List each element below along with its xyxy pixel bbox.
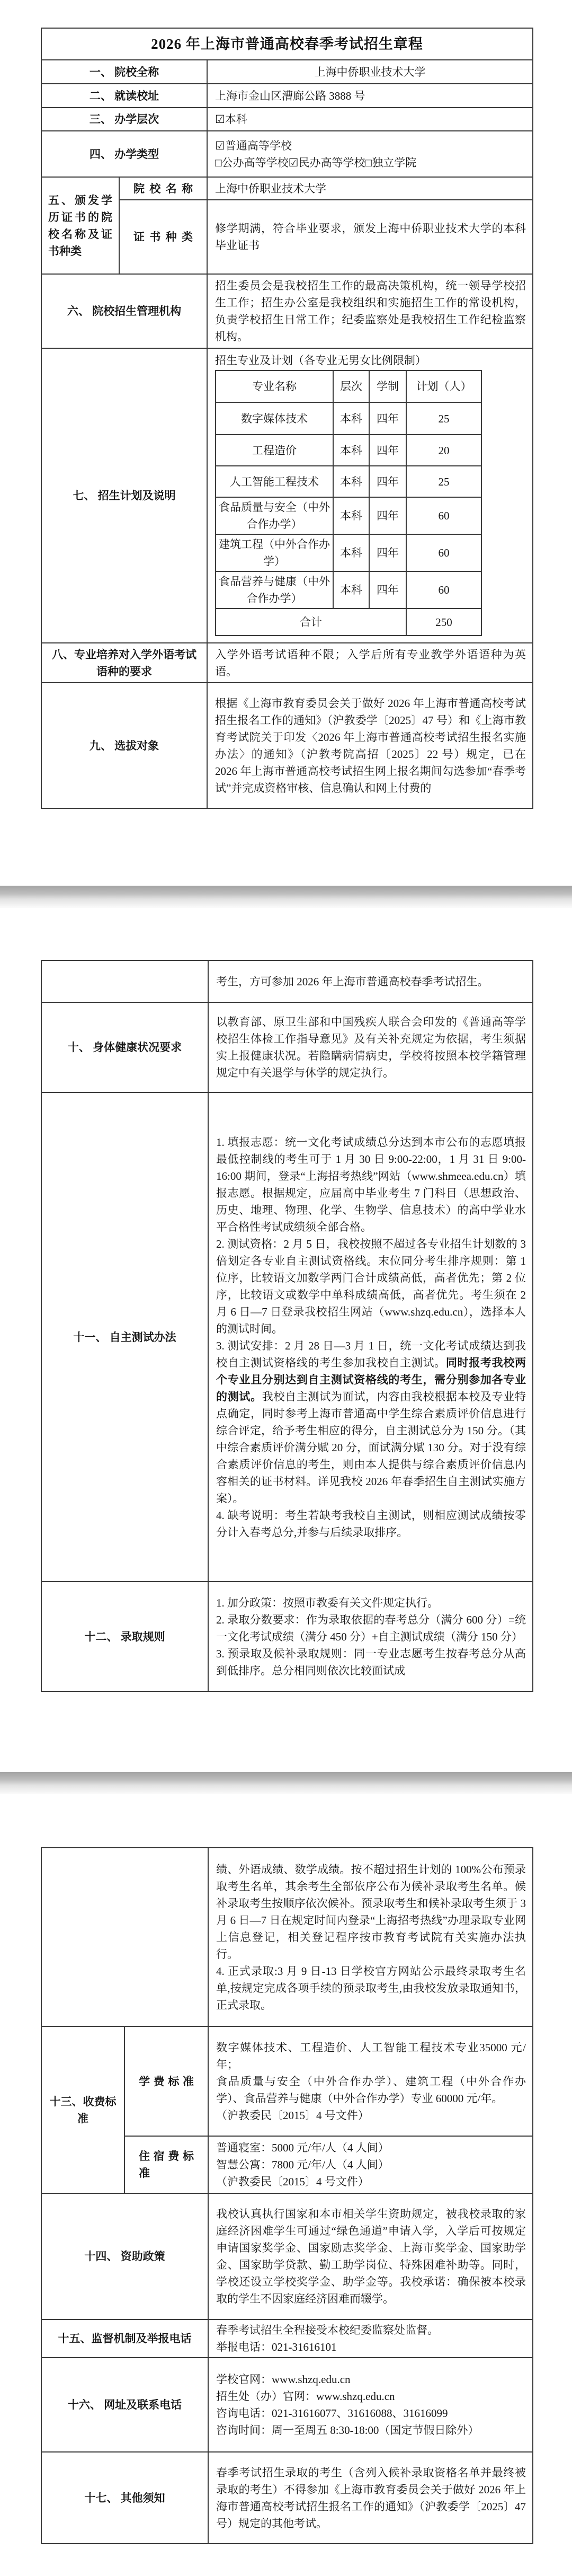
row-label: 十一、 自主测试办法 — [41, 1092, 208, 1582]
school-type-line2: □公办高等学校☑民办高等学校□独立学院 — [215, 154, 526, 171]
supervision-value: 春季考试招生全程接受本校纪委监察处监督。 举报电话：021-31616101 — [208, 2319, 533, 2358]
row-label: 九、 选拔对象 — [41, 683, 207, 808]
row-label: 四、 办学类型 — [41, 131, 207, 177]
plan-quota: 60 — [406, 534, 481, 571]
other-notes-value: 春季考试招生录取的考生（含列入候补录取资格名单并最终被录取的考生）不得参加《上海… — [208, 2452, 533, 2544]
row-label: 十四、 资助政策 — [41, 2193, 208, 2319]
row-health-requirement: 十、 身体健康状况要求 以教育部、原卫生部和中国残疾人联合会印发的《普通高等学校… — [41, 1002, 533, 1092]
admission-rules-value: 1. 加分政策：按照市教委有关文件规定执行。 2. 录取分数要求：作为录取依据的… — [208, 1582, 533, 1691]
row-tuition-fee: 十三、收费标准 学费标准 数字媒体技术、工程造价、人工智能工程技术专业35000… — [41, 2026, 533, 2136]
plan-level: 本科 — [333, 435, 369, 466]
row-label: 二、 就读校址 — [41, 84, 207, 108]
test-item-arrangement: 3. 测试安排：2 月 28 日—3 月 1 日，统一文化考试成绩达到我校自主测… — [216, 1337, 526, 1507]
plan-quota: 25 — [406, 466, 481, 497]
plan-major: 数字媒体技术 — [216, 402, 333, 435]
page-title: 2026 年上海市普通高校春季考试招生章程 — [41, 28, 533, 60]
charter-table-page3: 绩、外语成绩、数学成绩。按不超过招生计划的 100%公布预录取考生名单，其余考生… — [41, 1847, 533, 2544]
plan-major: 食品质量与安全（中外合作办学） — [216, 497, 333, 534]
row-education-level: 三、 办学层次 ☑本科 — [41, 108, 533, 131]
plan-row: 食品营养与健康（中外合作办学） 本科 四年 60 — [216, 571, 481, 608]
dorm-regular: 普通寝室：5000 元/年/人（4 人间） — [216, 2139, 526, 2156]
plan-row: 食品质量与安全（中外合作办学） 本科 四年 60 — [216, 497, 481, 534]
bottom-margin — [0, 2544, 572, 2576]
row-selection-target-continued: 考生，方可参加 2026 年上海市普通高校春季考试招生。 — [41, 960, 533, 1002]
tuition-coop-majors: 食品质量与安全（中外合作办学）、建筑工程（中外合作办学）、食品营养与健康（中外合… — [216, 2073, 526, 2107]
plan-total-row: 合计 250 — [216, 608, 481, 636]
certificate-school-name-value: 上海中侨职业技术大学 — [207, 177, 533, 200]
row-school-full-name: 一、 院校全称 上海中侨职业技术大学 — [41, 60, 533, 84]
website-contact-value: 学校官网：www.shzq.edu.cn 招生处（办）官网：www.shzq.e… — [208, 2358, 533, 2452]
certificate-section-label: 五、颁发学历证书的院校名称及证书种类 — [41, 177, 119, 274]
school-full-name-value: 上海中侨职业技术大学 — [207, 60, 533, 84]
row-label: 八、专业培养对入学外语考试语种的要求 — [41, 643, 207, 683]
plan-row: 人工智能工程技术 本科 四年 25 — [216, 466, 481, 497]
dorm-document-ref: （沪教委民〔2015〕4 号文件） — [216, 2173, 526, 2190]
tuition-fee-key: 学费标准 — [124, 2026, 208, 2136]
plan-row: 工程造价 本科 四年 20 — [216, 435, 481, 466]
row-campus-address: 二、 就读校址 上海市金山区漕廊公路 3888 号 — [41, 84, 533, 108]
plan-duration: 四年 — [369, 534, 406, 571]
arrangement-text-rest: 我校自主测试为面试，内容由我校根据本校及专业特点确定，同时参考上海市普通高中学生… — [216, 1390, 526, 1505]
test-item-volunteer: 1. 填报志愿：统一文化考试成绩总分达到本市公布的志愿填报最低控制线的考生可于 … — [216, 1134, 526, 1236]
education-level-value: ☑本科 — [207, 108, 533, 131]
rule-formal-admission: 4. 正式录取:3 月 9 日-13 日学校官方网站公示最终录取考生名单,按规定… — [216, 1963, 526, 2014]
admission-rules-continued-value: 绩、外语成绩、数学成绩。按不超过招生计划的 100%公布预录取考生名单，其余考生… — [208, 1848, 533, 2026]
rule-score-requirement: 2. 录取分数要求：作为录取依据的春考总分（满分 600 分）=统一文化考试成绩… — [216, 1611, 526, 1645]
health-requirement-value: 以教育部、原卫生部和中国残疾人联合会印发的《普通高等学校招生体检工作指导意见》及… — [208, 1002, 533, 1092]
row-school-type: 四、 办学类型 ☑普通高等学校 □公办高等学校☑民办高等学校□独立学院 — [41, 131, 533, 177]
certificate-type-value: 修学期满，符合毕业要求，颁发上海中侨职业技术大学的本科毕业证书 — [207, 200, 533, 274]
row-foreign-language-requirement: 八、专业培养对入学外语考试语种的要求 入学外语考试语种不限；入学后所有专业教学外… — [41, 643, 533, 683]
rule-continued-text: 绩、外语成绩、数学成绩。按不超过招生计划的 100%公布预录取考生名单，其余考生… — [216, 1861, 526, 1963]
row-label: 六、 院校招生管理机构 — [41, 274, 207, 348]
plan-row: 数字媒体技术 本科 四年 25 — [216, 402, 481, 435]
row-independent-test-method: 十一、 自主测试办法 1. 填报志愿：统一文化考试成绩总分达到本市公布的志愿填报… — [41, 1092, 533, 1582]
row-website-contact: 十六、 网址及联系电话 学校官网：www.shzq.edu.cn 招生处（办）官… — [41, 2358, 533, 2452]
report-phone: 举报电话：021-31616101 — [216, 2339, 526, 2356]
row-certificate-school-name: 五、颁发学历证书的院校名称及证书种类 院校名称 上海中侨职业技术大学 — [41, 177, 533, 200]
row-label: 十五、监督机制及举报电话 — [41, 2319, 208, 2358]
fee-section-label: 十三、收费标准 — [41, 2026, 124, 2193]
accommodation-fee-key: 住宿费标准 — [124, 2136, 208, 2193]
tuition-document-ref: （沪教委民〔2015〕4 号文件） — [216, 2107, 526, 2124]
row-selection-target: 九、 选拔对象 根据《上海市教育委员会关于做好 2026 年上海市普通高校考试招… — [41, 683, 533, 808]
plan-quota: 60 — [406, 497, 481, 534]
consult-phone: 咨询电话：021-31616077、31616088、31616099 — [216, 2405, 526, 2422]
plan-header-major: 专业名称 — [216, 370, 333, 402]
rule-bonus-policy: 1. 加分政策：按照市教委有关文件规定执行。 — [216, 1594, 526, 1611]
empty-label-cell — [41, 960, 208, 1002]
enrollment-plan-table: 专业名称 层次 学制 计划（人） 数字媒体技术 本科 四年 25 工程造价 本科 — [215, 370, 482, 636]
school-type-value: ☑普通高等学校 □公办高等学校☑民办高等学校□独立学院 — [207, 131, 533, 177]
plan-total-value: 250 — [406, 608, 481, 636]
row-admission-rules: 十二、 录取规则 1. 加分政策：按照市教委有关文件规定执行。 2. 录取分数要… — [41, 1582, 533, 1691]
plan-duration: 四年 — [369, 402, 406, 435]
plan-header-quota: 计划（人） — [406, 370, 481, 402]
title-row: 2026 年上海市普通高校春季考试招生章程 — [41, 28, 533, 60]
plan-total-label: 合计 — [216, 608, 406, 636]
charter-table-page2: 考生，方可参加 2026 年上海市普通高校春季考试招生。 十、 身体健康状况要求… — [41, 960, 533, 1692]
foreign-language-requirement-value: 入学外语考试语种不限；入学后所有专业教学外语语种为英语。 — [207, 643, 533, 683]
empty-label-cell — [41, 1848, 208, 2026]
accommodation-fee-value: 普通寝室：5000 元/年/人（4 人间） 智慧公寓：7800 元/年/人（4 … — [208, 2136, 533, 2193]
row-label: 一、 院校全称 — [41, 60, 207, 84]
dorm-smart: 智慧公寓：7800 元/年/人（4 人间） — [216, 2156, 526, 2173]
plan-header-row: 专业名称 层次 学制 计划（人） — [216, 370, 481, 402]
test-item-absence: 4. 缺考说明：考生若缺考我校自主测试，则相应测试成绩按零分计入春考总分,并参与… — [216, 1507, 526, 1541]
plan-duration: 四年 — [369, 435, 406, 466]
page-break-separator — [0, 886, 572, 908]
row-supervision: 十五、监督机制及举报电话 春季考试招生全程接受本校纪委监察处监督。 举报电话：0… — [41, 2319, 533, 2358]
admission-management-value: 招生委员会是我校招生工作的最高决策机构，统一领导学校招生工作；招生办公室是我校组… — [207, 274, 533, 348]
plan-major: 食品营养与健康（中外合作办学） — [216, 571, 333, 608]
plan-level: 本科 — [333, 402, 369, 435]
enrollment-plan-note: 招生专业及计划（各专业无男女比例限制） — [215, 352, 526, 369]
row-label: 十二、 录取规则 — [41, 1582, 208, 1691]
school-website: 学校官网：www.shzq.edu.cn — [216, 2371, 526, 2388]
plan-duration: 四年 — [369, 466, 406, 497]
enrollment-plan-cell: 招生专业及计划（各专业无男女比例限制） 专业名称 层次 学制 计划（人） 数字媒… — [207, 348, 533, 643]
plan-major: 建筑工程（中外合作办学） — [216, 534, 333, 571]
row-admission-rules-continued: 绩、外语成绩、数学成绩。按不超过招生计划的 100%公布预录取考生名单，其余考生… — [41, 1848, 533, 2026]
row-label: 十七、 其他须知 — [41, 2452, 208, 2544]
scanned-admission-charter-document: 2026 年上海市普通高校春季考试招生章程 一、 院校全称 上海中侨职业技术大学… — [0, 28, 572, 2576]
certificate-school-name-key: 院校名称 — [119, 177, 207, 200]
plan-header-duration: 学制 — [369, 370, 406, 402]
plan-level: 本科 — [333, 466, 369, 497]
plan-header-level: 层次 — [333, 370, 369, 402]
plan-quota: 60 — [406, 571, 481, 608]
admission-office-website: 招生处（办）官网：www.shzq.edu.cn — [216, 2388, 526, 2405]
campus-address-value: 上海市金山区漕廊公路 3888 号 — [207, 84, 533, 108]
page-break-separator — [0, 1772, 572, 1794]
tuition-regular-majors: 数字媒体技术、工程造价、人工智能工程技术专业35000 元/年； — [216, 2039, 526, 2073]
selection-target-continued-value: 考生，方可参加 2026 年上海市普通高校春季考试招生。 — [208, 960, 533, 1002]
plan-level: 本科 — [333, 534, 369, 571]
rule-pre-admission: 3. 预录取及候补录取规则：同一专业志愿考生按春考总分从高到低排序。总分相同则依… — [216, 1645, 526, 1679]
plan-level: 本科 — [333, 571, 369, 608]
certificate-type-key: 证书种类 — [119, 200, 207, 274]
test-item-qualification: 2. 测试资格：2 月 5 日，我校按照不超过各专业招生计划数的 3 倍划定各专… — [216, 1236, 526, 1337]
school-type-line1: ☑普通高等学校 — [215, 137, 526, 154]
row-other-notes: 十七、 其他须知 春季考试招生录取的考生（含列入候补录取资格名单并最终被录取的考… — [41, 2452, 533, 2544]
plan-major: 工程造价 — [216, 435, 333, 466]
plan-row: 建筑工程（中外合作办学） 本科 四年 60 — [216, 534, 481, 571]
selection-target-value: 根据《上海市教育委员会关于做好 2026 年上海市普通高校考试招生报名工作的通知… — [207, 683, 533, 808]
independent-test-method-value: 1. 填报志愿：统一文化考试成绩总分达到本市公布的志愿填报最低控制线的考生可于 … — [208, 1092, 533, 1582]
row-financial-aid: 十四、 资助政策 我校认真执行国家和本市相关学生资助规定，被我校录取的家庭经济困… — [41, 2193, 533, 2319]
plan-duration: 四年 — [369, 497, 406, 534]
plan-major: 人工智能工程技术 — [216, 466, 333, 497]
charter-table-page1: 2026 年上海市普通高校春季考试招生章程 一、 院校全称 上海中侨职业技术大学… — [41, 28, 533, 809]
row-enrollment-plan: 七、 招生计划及说明 招生专业及计划（各专业无男女比例限制） 专业名称 层次 学… — [41, 348, 533, 643]
financial-aid-value: 我校认真执行国家和本市相关学生资助规定，被我校录取的家庭经济困难学生可通过“绿色… — [208, 2193, 533, 2319]
plan-quota: 25 — [406, 402, 481, 435]
plan-level: 本科 — [333, 497, 369, 534]
row-admission-management: 六、 院校招生管理机构 招生委员会是我校招生工作的最高决策机构，统一领导学校招生… — [41, 274, 533, 348]
row-label: 十、 身体健康状况要求 — [41, 1002, 208, 1092]
row-label: 七、 招生计划及说明 — [41, 348, 207, 643]
consult-time: 咨询时间：周一至周五 8:30-18:00（国定节假日除外） — [216, 2422, 526, 2439]
tuition-fee-value: 数字媒体技术、工程造价、人工智能工程技术专业35000 元/年； 食品质量与安全… — [208, 2026, 533, 2136]
row-label: 三、 办学层次 — [41, 108, 207, 131]
plan-duration: 四年 — [369, 571, 406, 608]
row-label: 十六、 网址及联系电话 — [41, 2358, 208, 2452]
supervision-text: 春季考试招生全程接受本校纪委监察处监督。 — [216, 2322, 526, 2339]
plan-quota: 20 — [406, 435, 481, 466]
